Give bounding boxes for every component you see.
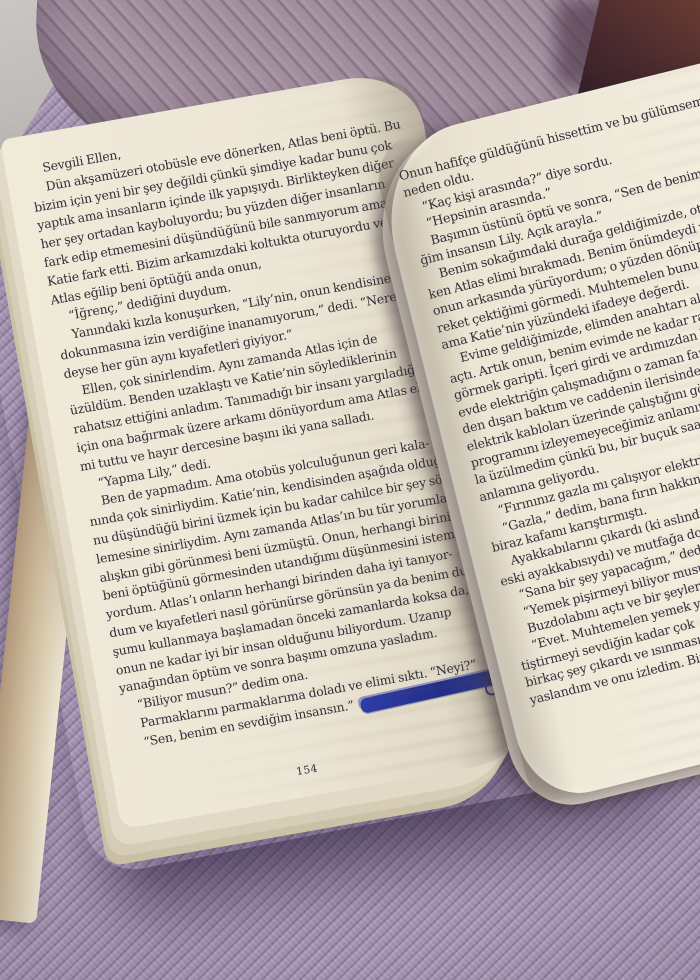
- photo-scene: Sevgili Ellen, Dün akşamüzeri otobüsle e…: [0, 0, 700, 980]
